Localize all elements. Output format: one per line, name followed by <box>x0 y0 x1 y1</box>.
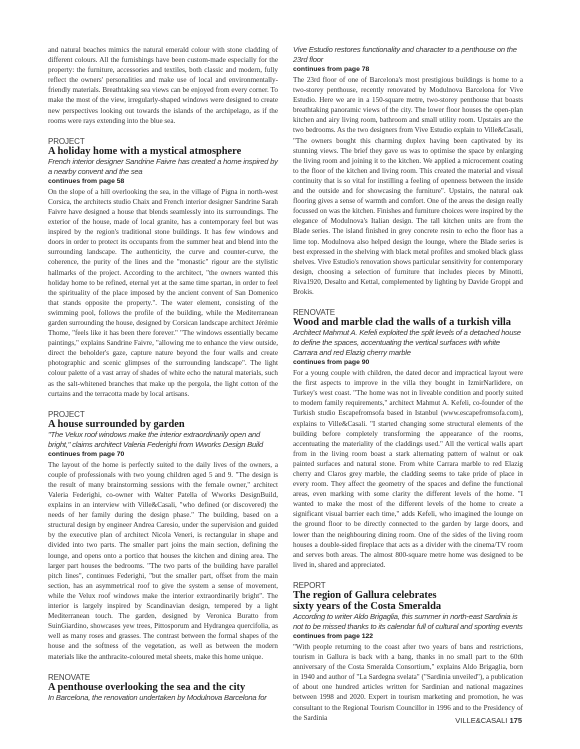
continues-from-page: continues from page 58 <box>48 177 278 187</box>
article-deck: French interior designer Sandrine Faivre… <box>48 157 278 177</box>
article-deck: Vive Estudio restores functionality and … <box>293 45 523 65</box>
section-kicker: PROJECT <box>48 410 278 419</box>
article-body: The 23rd floor of one of Barcelona's mos… <box>293 75 523 297</box>
article-headline: A penthouse overlooking the sea and the … <box>48 682 278 693</box>
article-body: "With people returning to the coast afte… <box>293 642 523 723</box>
article-deck: According to writer Aldo Brigaglia, this… <box>293 612 523 632</box>
intro-paragraph: and natural beaches mimics the natural e… <box>48 45 278 126</box>
article-deck: In Barcelona, the renovation undertaken … <box>48 693 278 703</box>
section-kicker: REPORT <box>293 581 523 590</box>
article-house-garden: PROJECT A house surrounded by garden "Th… <box>48 410 278 662</box>
page-footer: VILLE&CASALI 175 <box>0 716 522 725</box>
continues-from-page: continues from page 122 <box>293 632 523 642</box>
section-kicker: RENOVATE <box>293 308 523 317</box>
article-body: On the slope of a hill overlooking the s… <box>48 187 278 399</box>
article-turkish-villa: RENOVATE Wood and marble clad the walls … <box>293 308 523 570</box>
article-deck: "The Velux roof windows make the interio… <box>48 430 278 450</box>
page-number: 175 <box>509 716 522 725</box>
section-kicker: PROJECT <box>48 137 278 146</box>
article-deck: Architect Mahmut A. Kefeli exploited the… <box>293 328 523 358</box>
magazine-name: VILLE&CASALI <box>455 716 507 725</box>
article-headline: Wood and marble clad the walls of a turk… <box>293 317 523 328</box>
article-headline: The region of Gallura celebrates sixty y… <box>293 590 443 612</box>
article-penthouse-continued: Vive Estudio restores functionality and … <box>293 45 523 297</box>
left-column: and natural beaches mimics the natural e… <box>48 45 278 703</box>
continues-from-page: continues from page 78 <box>293 65 523 75</box>
article-headline: A holiday home with a mystical atmospher… <box>48 146 278 157</box>
article-gallura: REPORT The region of Gallura celebrates … <box>293 581 523 723</box>
article-body: For a young couple with children, the da… <box>293 368 523 570</box>
article-headline: A house surrounded by garden <box>48 419 278 430</box>
article-holiday-home: PROJECT A holiday home with a mystical a… <box>48 137 278 399</box>
continues-from-page: continues from page 90 <box>293 358 523 368</box>
continues-from-page: continues from page 70 <box>48 450 278 460</box>
right-column: Vive Estudio restores functionality and … <box>293 45 523 723</box>
article-penthouse: RENOVATE A penthouse overlooking the sea… <box>48 673 278 703</box>
article-body: The layout of the home is perfectly suit… <box>48 460 278 662</box>
section-kicker: RENOVATE <box>48 673 278 682</box>
